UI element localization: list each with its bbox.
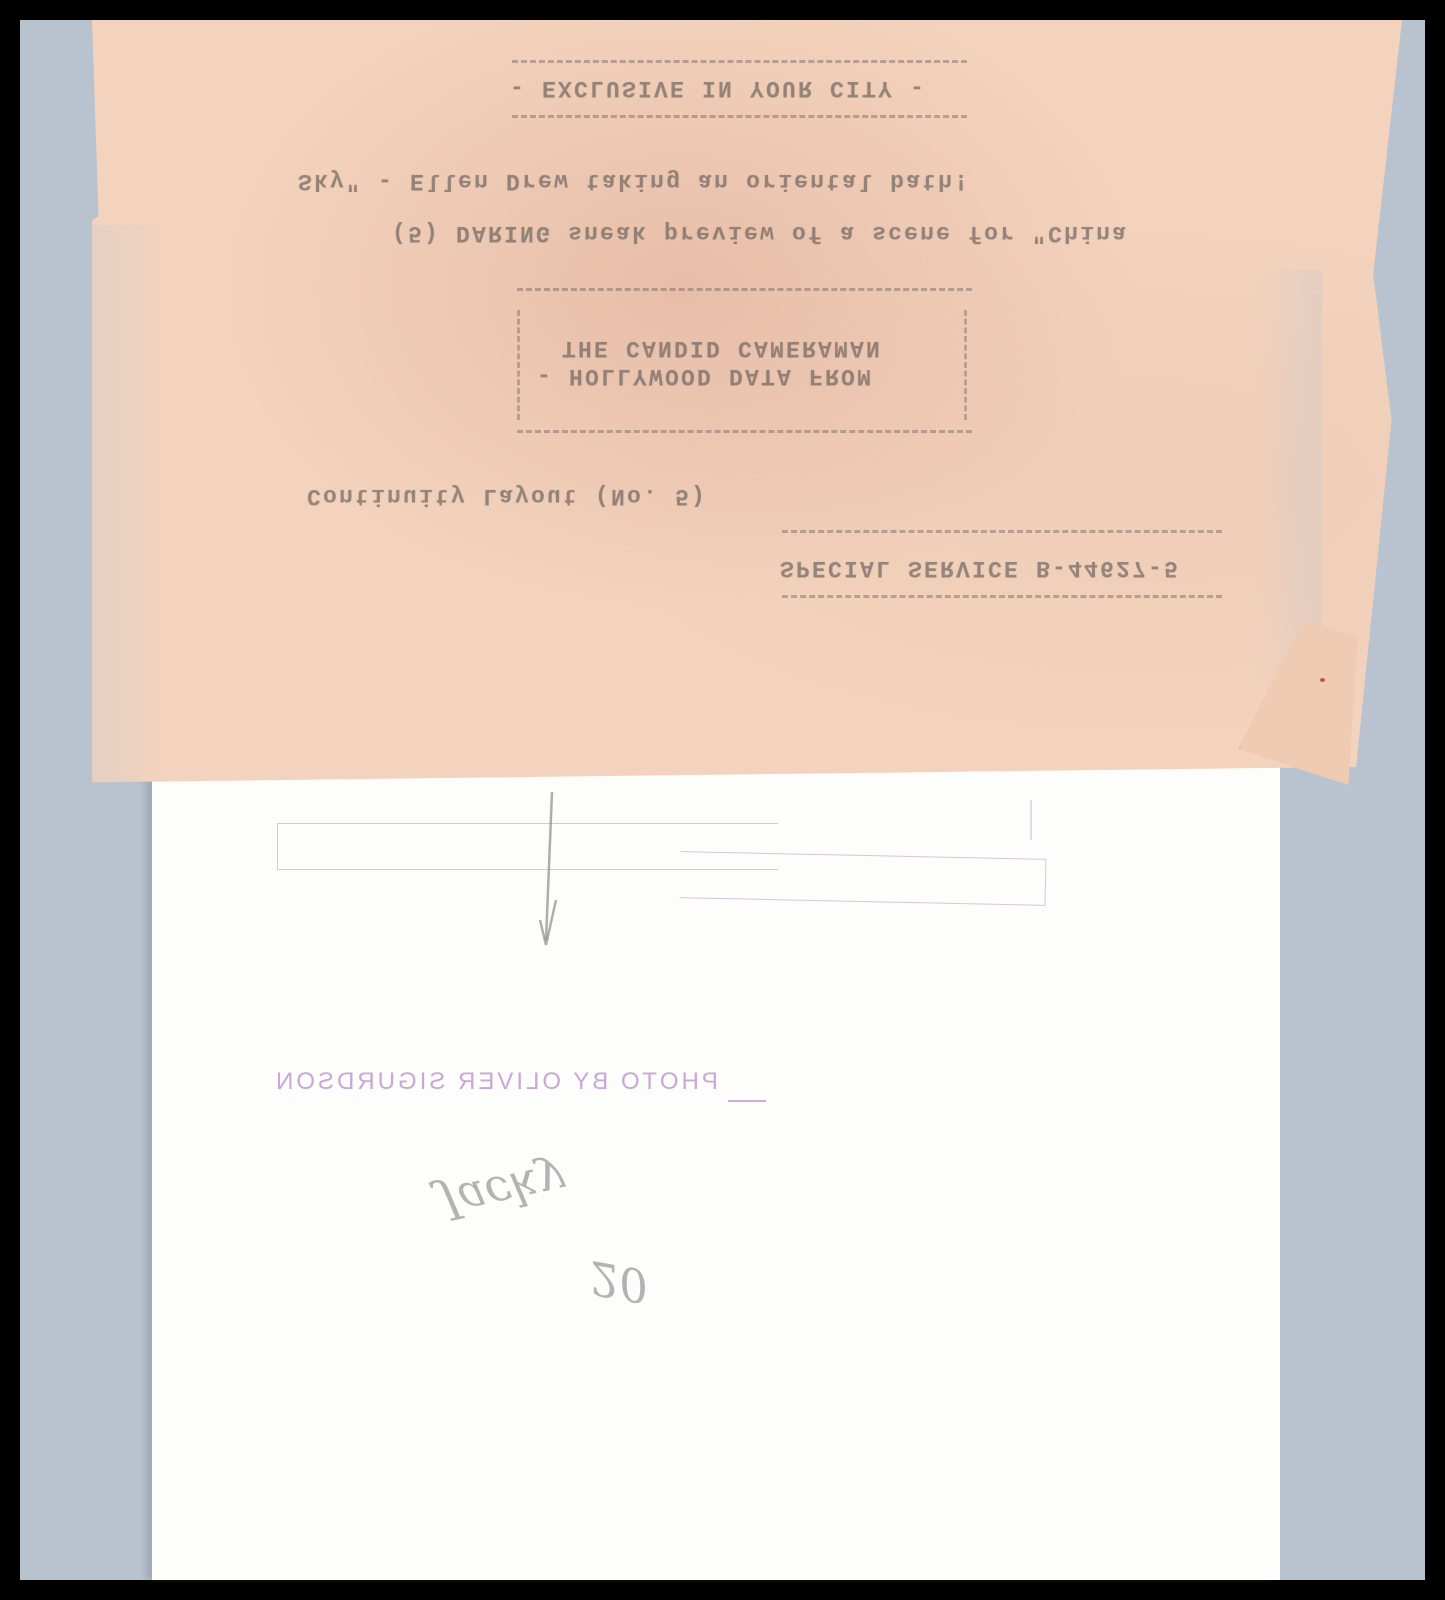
dashed-rule: [517, 430, 972, 433]
dashed-rule: [512, 60, 967, 63]
caption-line-1: (5) DARING sneak preview of a scene for …: [392, 220, 1128, 246]
dashed-rule: [512, 115, 967, 118]
stamp-mark: [1030, 800, 1032, 840]
caption-line-2: Sky" - Ellen Drew taking an oriental bat…: [298, 168, 970, 194]
dashed-rule: [517, 288, 972, 291]
dashed-rule: [782, 595, 1222, 598]
stain: [1320, 678, 1325, 682]
box-line-1: - HOLLYWOOD DATA FROM: [537, 363, 873, 389]
paper-shading: [92, 225, 162, 785]
exclusive-line: - EXCLUSIVE IN YOUR CITY -: [510, 75, 926, 101]
caption-sheet: - EXCLUSIVE IN YOUR CITY - Sky" - Ellen …: [92, 20, 1402, 790]
dashed-border: [964, 310, 967, 420]
pencil-number: 20: [586, 1250, 653, 1313]
box-line-2: THE CANDID CAMERAMAN: [562, 335, 882, 361]
dashed-rule: [782, 530, 1222, 533]
layout-line: Continuity Layout (No. 5): [307, 483, 707, 509]
stamp-dash: [728, 1100, 766, 1102]
dashed-border: [517, 310, 520, 420]
pencil-arrow-icon: [530, 790, 570, 960]
stamp-box: [680, 851, 1047, 906]
service-line: SPECIAL SERVICE B-44627-5: [780, 555, 1180, 581]
photographer-credit-stamp: PHOTO BY OLIVER SIGURDSON: [273, 1068, 718, 1096]
